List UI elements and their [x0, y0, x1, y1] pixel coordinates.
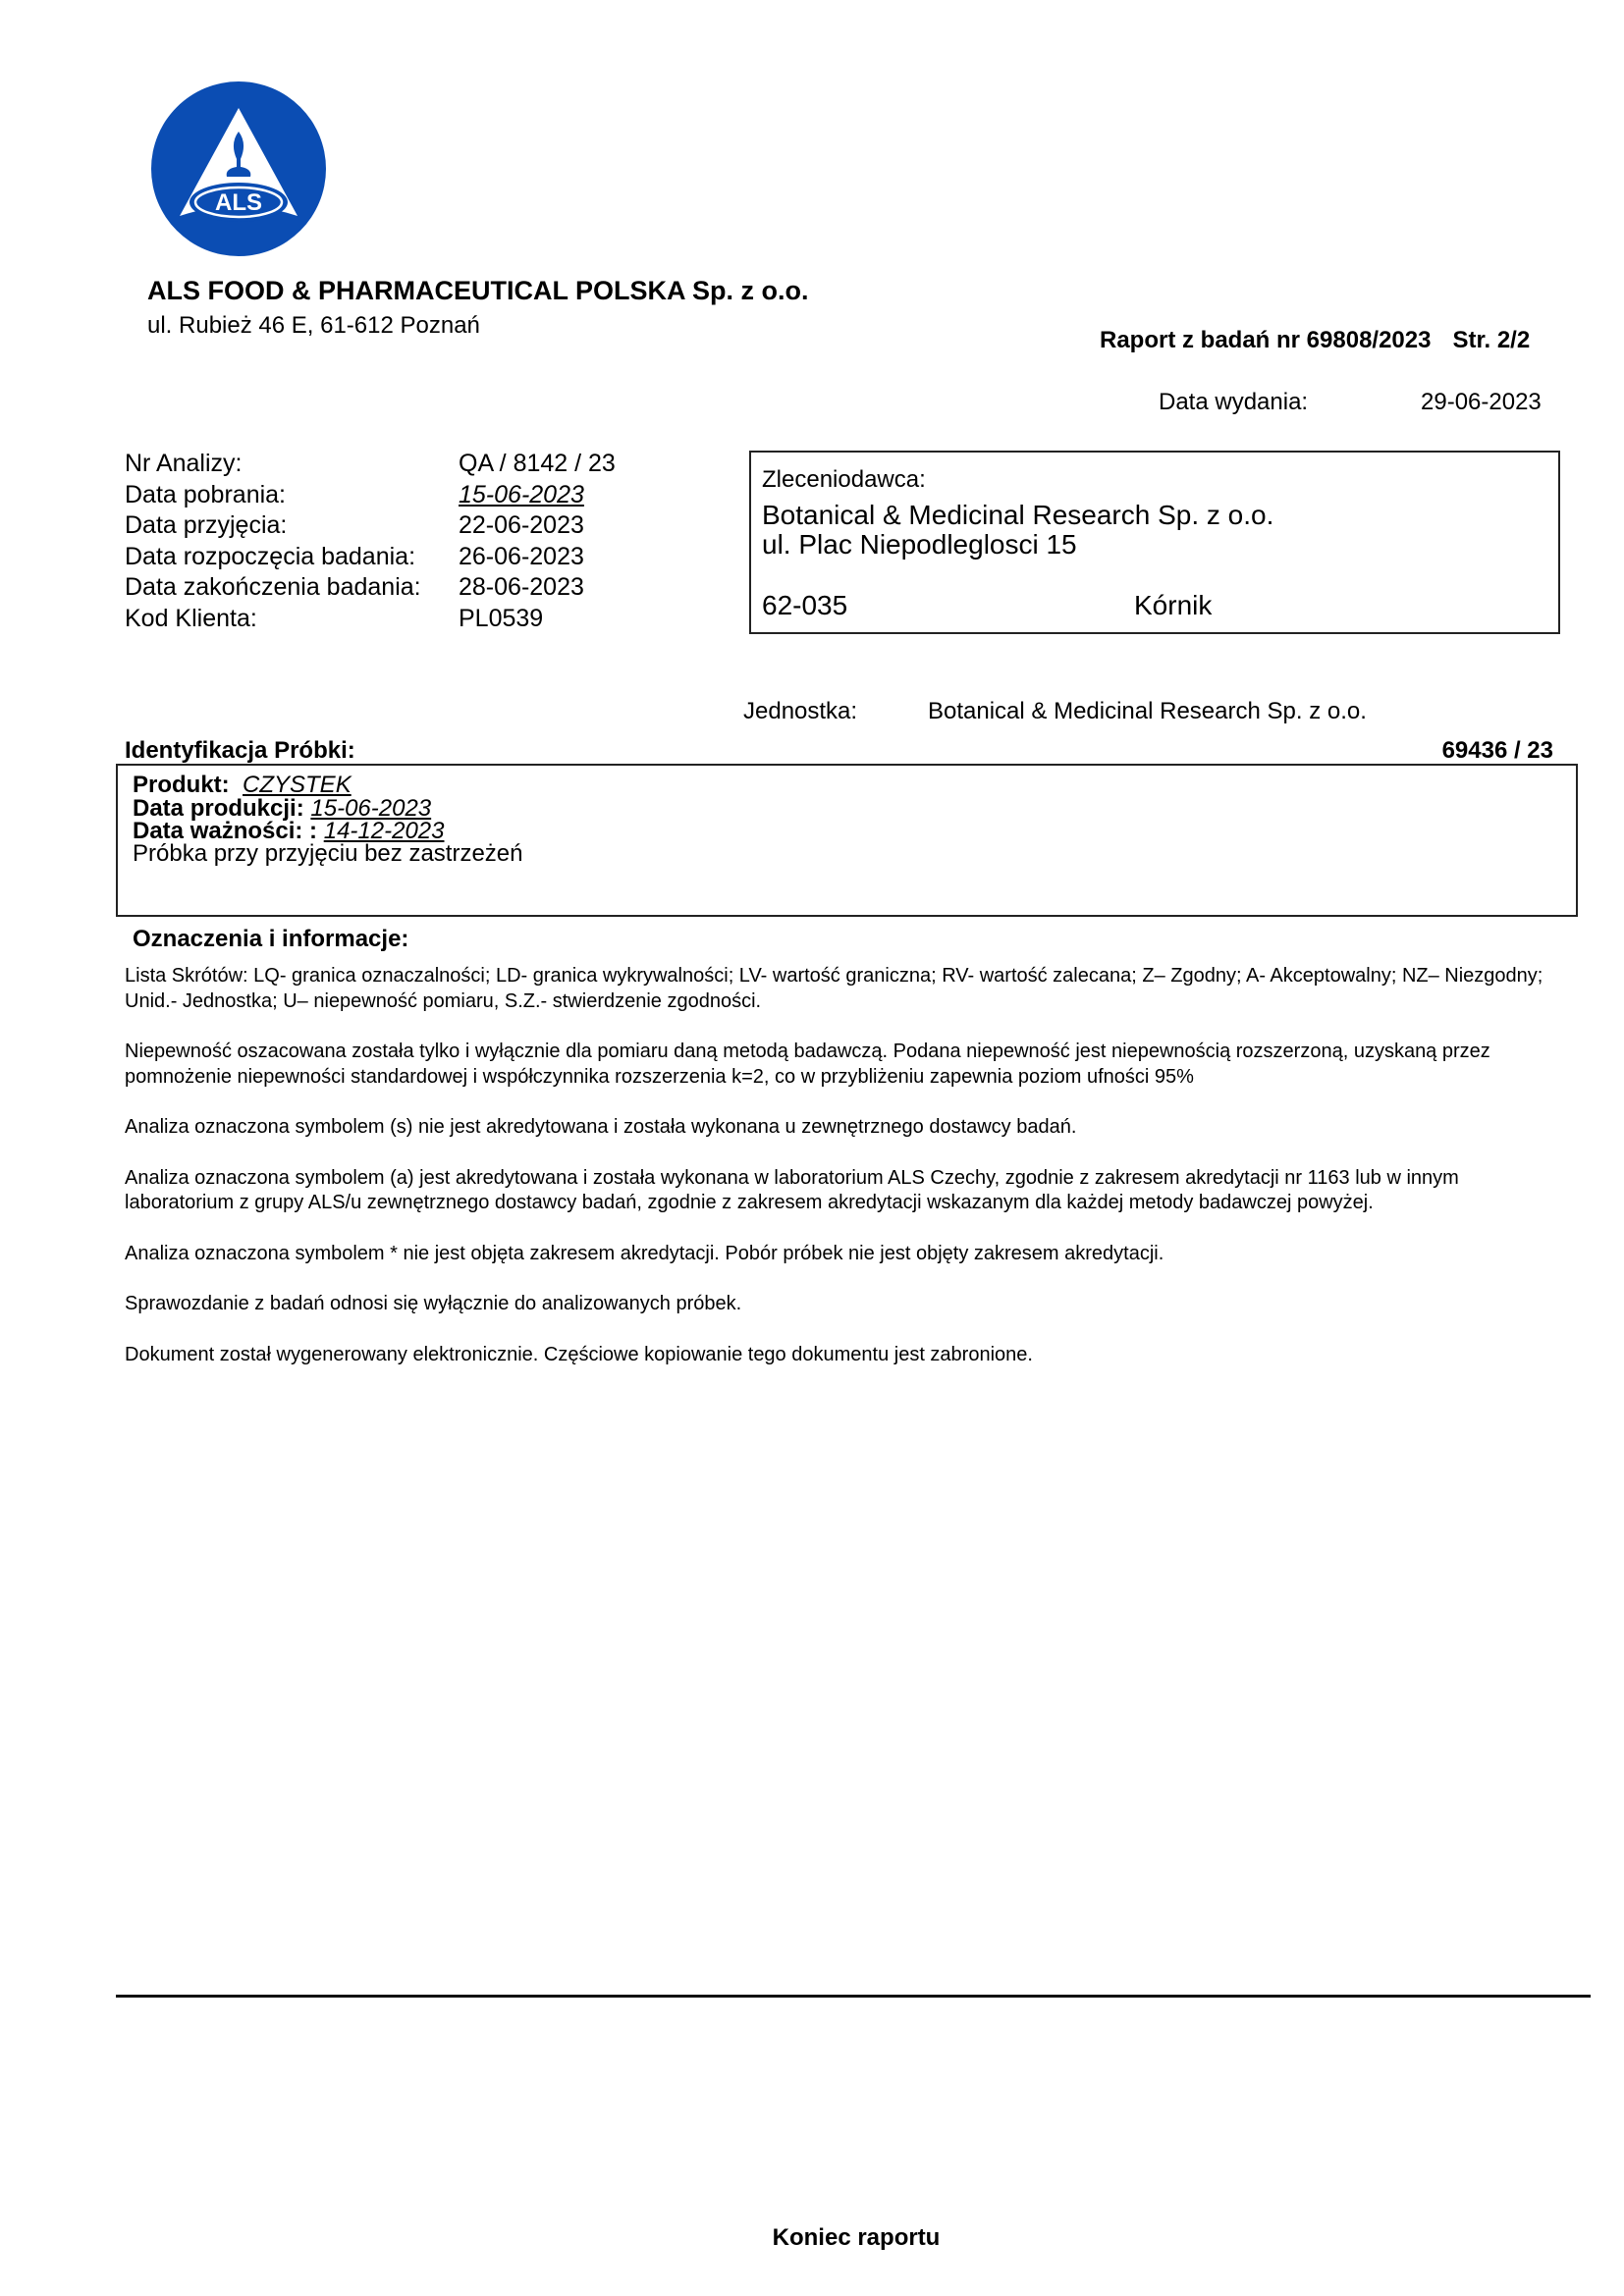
product-value: CZYSTEK [243, 772, 352, 798]
client-street: ul. Plac Niepodleglosci 15 [762, 529, 1077, 561]
analysis-label: Data zakończenia badania: [125, 572, 459, 604]
footer-divider [116, 1995, 1591, 1998]
sample-identification-heading: Identyfikacja Próbki: [125, 737, 355, 765]
analysis-value: 28-06-2023 [459, 572, 584, 604]
analysis-details: Nr Analizy:QA / 8142 / 23Data pobrania:1… [125, 449, 616, 634]
unit-label: Jednostka: [743, 698, 857, 725]
sample-identification-box: Produkt: CZYSTEK Data produkcji: 15-06-2… [116, 764, 1578, 917]
analysis-label: Data pobrania: [125, 480, 459, 511]
analysis-label: Data rozpoczęcia badania: [125, 542, 459, 573]
issue-date-label: Data wydania: [1159, 389, 1308, 416]
end-of-report-label: Koniec raportu [0, 2224, 1624, 2252]
sample-note: Próbka przy przyjęciu bez zastrzeżeń [133, 840, 523, 868]
analysis-value: PL0539 [459, 604, 543, 635]
analysis-value: 26-06-2023 [459, 542, 584, 573]
info-paragraph-uncertainty: Niepewność oszacowana została tylko i wy… [125, 1040, 1558, 1090]
company-name: ALS FOOD & PHARMACEUTICAL POLSKA Sp. z o… [147, 276, 809, 306]
analysis-value: 22-06-2023 [459, 510, 584, 542]
svg-text:ALS: ALS [215, 189, 262, 216]
analysis-row: Data rozpoczęcia badania:26-06-2023 [125, 542, 616, 573]
analysis-row: Data pobrania:15-06-2023 [125, 480, 616, 511]
info-paragraph-abbreviations: Lista Skrótów: LQ- granica oznaczalności… [125, 964, 1558, 1014]
client-city: Kórnik [1134, 590, 1212, 621]
report-title: Raport z badań nr 69808/2023Str. 2/2 [1100, 327, 1530, 354]
info-paragraph-symbol-a: Analiza oznaczona symbolem (a) jest akre… [125, 1166, 1558, 1216]
info-heading: Oznaczenia i informacje: [133, 926, 408, 953]
analysis-label: Data przyjęcia: [125, 510, 459, 542]
info-paragraph-scope: Sprawozdanie z badań odnosi się wyłączni… [125, 1292, 1558, 1317]
client-label: Zleceniodawca: [762, 466, 926, 494]
page-indicator: Str. 2/2 [1452, 327, 1530, 353]
analysis-value: QA / 8142 / 23 [459, 449, 616, 480]
analysis-value: 15-06-2023 [459, 480, 584, 511]
info-paragraph-copy-notice: Dokument został wygenerowany elektronicz… [125, 1343, 1558, 1368]
client-name: Botanical & Medicinal Research Sp. z o.o… [762, 500, 1273, 531]
unit-value: Botanical & Medicinal Research Sp. z o.o… [928, 698, 1367, 725]
analysis-row: Nr Analizy:QA / 8142 / 23 [125, 449, 616, 480]
info-paragraph-symbol-asterisk: Analiza oznaczona symbolem * nie jest ob… [125, 1242, 1558, 1267]
sample-number: 69436 / 23 [1414, 737, 1553, 765]
info-section: Lista Skrótów: LQ- granica oznaczalności… [125, 964, 1558, 1393]
company-address: ul. Rubież 46 E, 61-612 Poznań [147, 312, 480, 340]
client-box: Zleceniodawca: Botanical & Medicinal Res… [749, 451, 1560, 634]
report-number: Raport z badań nr 69808/2023 [1100, 327, 1431, 353]
analysis-row: Kod Klienta:PL0539 [125, 604, 616, 635]
analysis-row: Data zakończenia badania:28-06-2023 [125, 572, 616, 604]
product-label: Produkt: [133, 772, 230, 798]
issue-date-value: 29-06-2023 [1421, 389, 1542, 416]
client-postal-code: 62-035 [762, 590, 847, 621]
info-paragraph-symbol-s: Analiza oznaczona symbolem (s) nie jest … [125, 1115, 1558, 1141]
analysis-label: Nr Analizy: [125, 449, 459, 480]
analysis-row: Data przyjęcia:22-06-2023 [125, 510, 616, 542]
als-logo-icon: ALS [150, 80, 327, 257]
analysis-label: Kod Klienta: [125, 604, 459, 635]
